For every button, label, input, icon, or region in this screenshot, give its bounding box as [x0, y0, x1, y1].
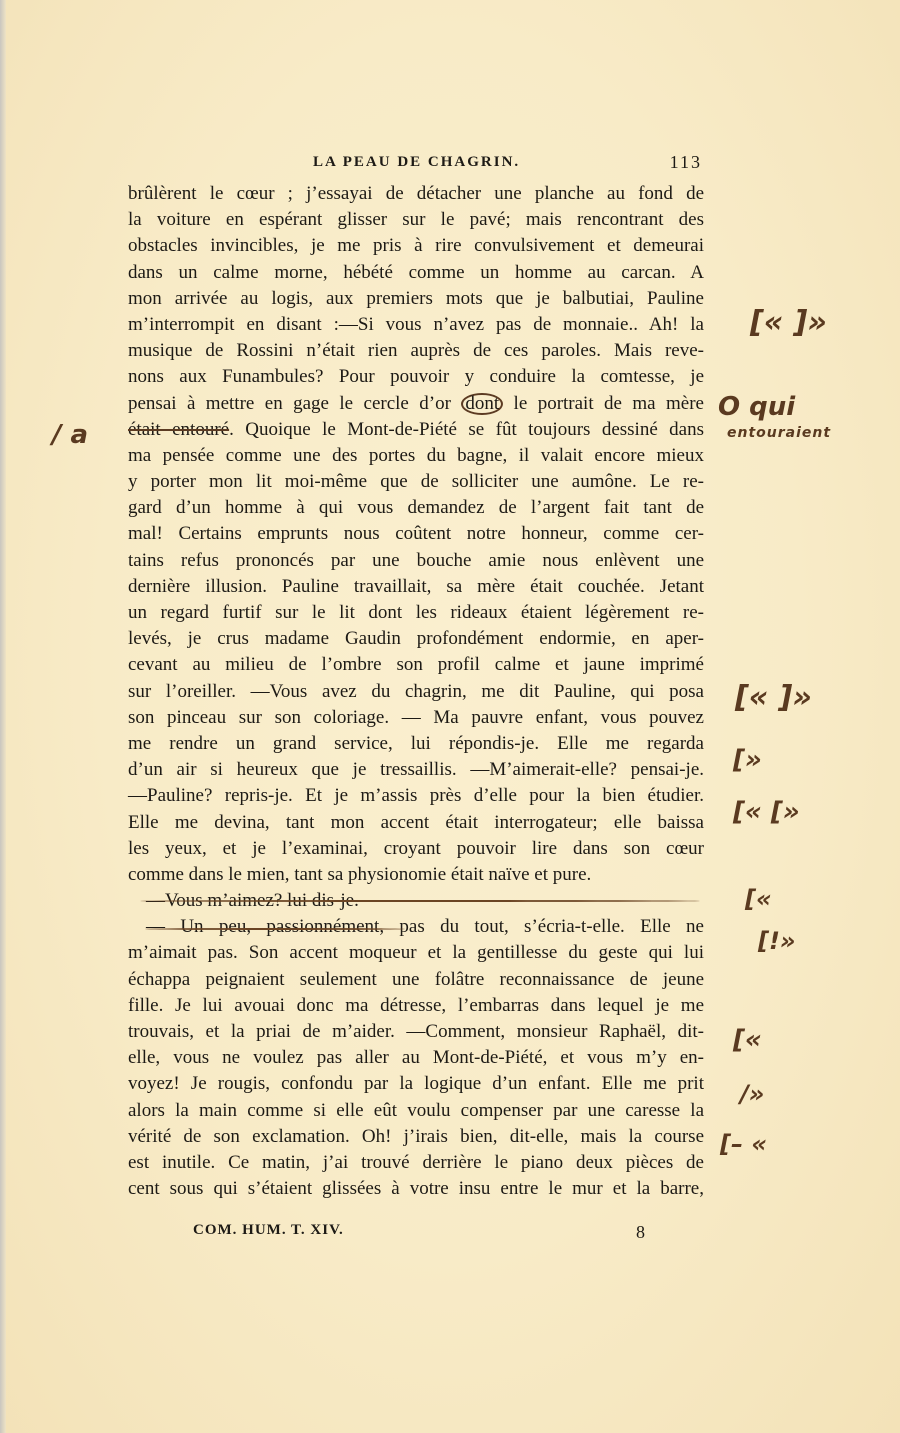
text-line-corrected: pensai à mettre en gage le cercle d’or d… [128, 391, 704, 417]
text-line: fille. Je lui avouai donc ma détresse, l… [128, 993, 704, 1019]
text-line: voyez! Je rougis, confondu par la logiqu… [128, 1071, 704, 1097]
text-line: comme dans le mien, tant sa physionomie … [128, 862, 704, 888]
text-line: dernière illusion. Pauline travaillait, … [128, 574, 704, 600]
margin-annotation: [« [» [733, 797, 800, 827]
text-line: dans un calme morne, hébété comme un hom… [128, 260, 704, 286]
margin-annotation: [« ]» [750, 305, 827, 340]
text-line: trouvais, et la priai de m’aider. —Comme… [128, 1019, 704, 1045]
ink-underline [145, 928, 405, 930]
text-line: brûlèrent le cœur ; j’essayai de détache… [128, 181, 704, 207]
text-line: nons aux Funambules? Pour pouvoir y cond… [128, 364, 704, 390]
margin-annotation: [« [733, 1025, 762, 1055]
text-line: mal! Certains emprunts nous coûtent notr… [128, 521, 704, 547]
page-number: 113 [670, 152, 702, 173]
text-line: me rendre un grand service, lui répondis… [128, 731, 704, 757]
text-line: alors la main comme si elle eût voulu co… [128, 1098, 704, 1124]
running-title: LA PEAU DE CHAGRIN. [313, 154, 520, 171]
margin-annotation: [» [733, 745, 762, 775]
text-line: sur l’oreiller. —Vous avez du chagrin, m… [128, 679, 704, 705]
page-footer: COM. HUM. T. XIV. 8 [128, 1222, 708, 1246]
text-line: —Pauline? repris-je. Et je m’assis près … [128, 783, 704, 809]
page-edge [0, 0, 6, 1433]
text-line: y porter mon lit moi-même que de sollici… [128, 469, 704, 495]
running-head: LA PEAU DE CHAGRIN. 113 [128, 154, 708, 176]
text-line: les yeux, et je l’examinai, croyant pouv… [128, 836, 704, 862]
text-line: est inutile. Ce matin, j’ai trouvé derri… [128, 1150, 704, 1176]
margin-annotation: /» [740, 1080, 764, 1108]
text-line: m’interrompit en disant :—Si vous n’avez… [128, 312, 704, 338]
text-line: obstacles invincibles, je me pris à rire… [128, 233, 704, 259]
text-line: musique de Rossini n’était rien auprès d… [128, 338, 704, 364]
text-line: tains refus prononcés par une bouche ami… [128, 548, 704, 574]
margin-annotation: [« ]» [735, 680, 812, 715]
text-line: m’aimait pas. Son accent moqueur et la g… [128, 940, 704, 966]
margin-annotation: [« [745, 885, 772, 913]
margin-annotation: [– « [720, 1130, 767, 1158]
text-line: elle, vous ne voulez pas aller au Mont-d… [128, 1045, 704, 1071]
text-line: la voiture en espérant glisser sur le pa… [128, 207, 704, 233]
text-line: Elle me devina, tant mon accent était in… [128, 810, 704, 836]
struck-text: était entouré [128, 419, 229, 440]
text-line: un regard furtif sur le lit dont les rid… [128, 600, 704, 626]
margin-annotation: entouraient [727, 425, 831, 441]
body-text: brûlèrent le cœur ; j’essayai de détache… [128, 181, 704, 1202]
circled-word: dont [461, 393, 503, 415]
ink-underline [140, 900, 700, 902]
text-line: d’un air si heureux que je tressaillis. … [128, 757, 704, 783]
text-line: cent sous qui s’étaient glissées à votre… [128, 1176, 704, 1202]
text-line-corrected: était entouré. Quoique le Mont-de-Piété … [128, 417, 704, 443]
text-line: vérité de son exclamation. Oh! j’irais b… [128, 1124, 704, 1150]
text-line: son pinceau sur son coloriage. — Ma pauv… [128, 705, 704, 731]
text-line: ma pensée comme une des portes du bagne,… [128, 443, 704, 469]
text-line: gard d’un homme à qui vous demandez de l… [128, 495, 704, 521]
text-line: mon arrivée au logis, aux premiers mots … [128, 286, 704, 312]
margin-annotation: O qui [718, 392, 795, 422]
signature-mark: COM. HUM. T. XIV. [193, 1222, 344, 1239]
text-line: levés, je crus madame Gaudin profondémen… [128, 626, 704, 652]
signature-number: 8 [636, 1222, 645, 1243]
text-line: cevant au milieu de l’ombre son profil c… [128, 652, 704, 678]
margin-annotation: / a [52, 420, 88, 450]
text-line: échappa peignaient seulement une folâtre… [128, 967, 704, 993]
margin-annotation: [!» [758, 927, 796, 955]
